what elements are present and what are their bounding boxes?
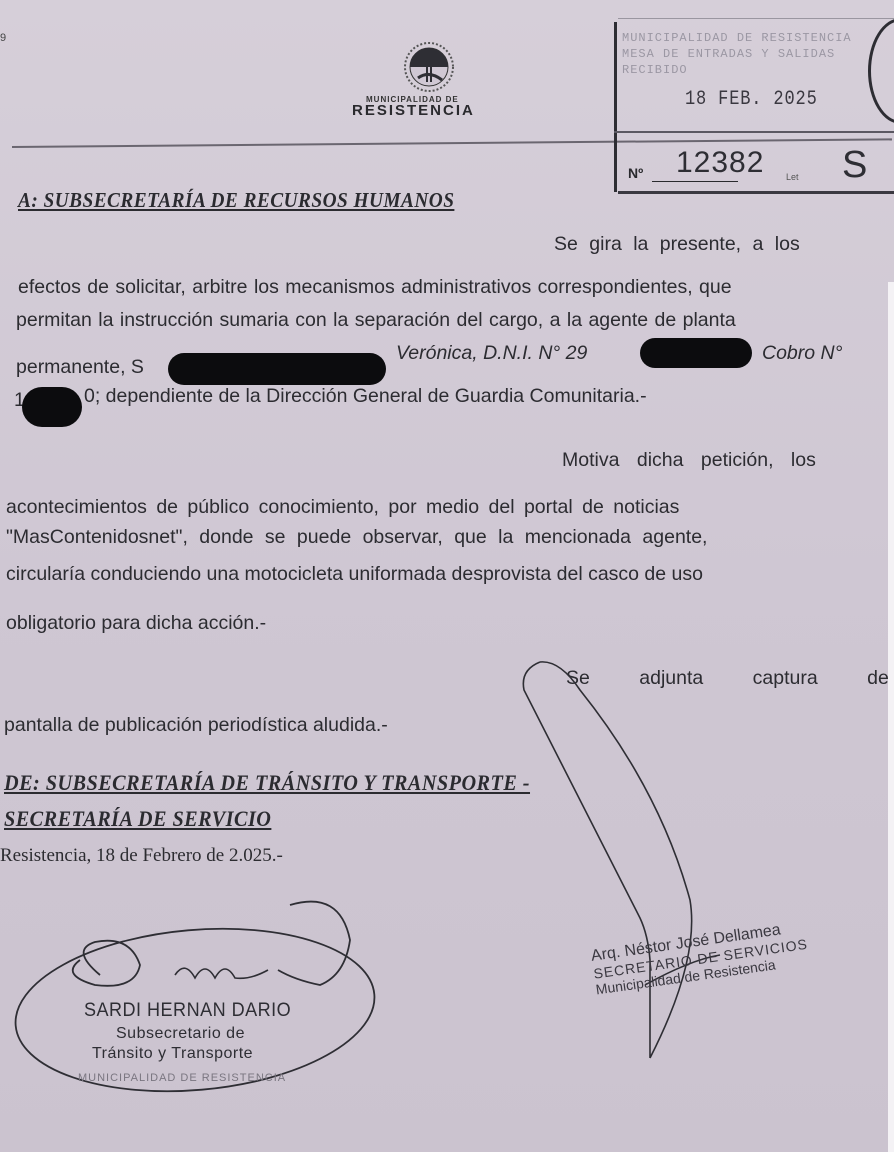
text-line: Cobro N° <box>762 342 842 365</box>
text-line: permitan la instrucción sumaria con la s… <box>16 309 736 332</box>
stamp-border-bottom <box>618 191 894 194</box>
stamp-letter-label: Let <box>786 172 799 182</box>
redaction-dni <box>640 338 752 368</box>
letterhead-municipality-name: RESISTENCIA <box>352 102 475 119</box>
sender-heading-line1: DE: SUBSECRETARÍA DE TRÁNSITO Y TRANSPOR… <box>4 770 530 796</box>
page-number: 9 <box>0 32 6 44</box>
text-line: efectos de solicitar, arbitre los mecani… <box>18 276 732 299</box>
redaction-cobro-number <box>22 387 82 427</box>
sender-heading-line2: SECRETARÍA DE SERVICIO <box>4 806 271 832</box>
stamp-number-value: 12382 <box>676 146 764 180</box>
page-edge <box>888 282 894 1152</box>
text-line: obligatorio para dicha acción.- <box>6 612 266 635</box>
stamp-faded-line: MESA DE ENTRADAS Y SALIDAS <box>622 46 872 62</box>
stamp-faded-line: RECIBIDO <box>622 62 872 78</box>
text-line: 0; dependiente de la Dirección General d… <box>84 385 647 408</box>
signer-left-title: Subsecretario de <box>116 1025 245 1043</box>
stamp-divider <box>614 131 894 133</box>
text-line: acontecimientos de público conocimiento,… <box>6 496 679 519</box>
addressee-heading: A: SUBSECRETARÍA DE RECURSOS HUMANOS <box>18 188 454 213</box>
stamp-faded-line: MUNICIPALIDAD DE RESISTENCIA <box>622 30 872 46</box>
text-line: permanente, S <box>16 356 144 379</box>
stamp-faded-text: MUNICIPALIDAD DE RESISTENCIA MESA DE ENT… <box>622 30 872 78</box>
text-line: Se adjunta captura de <box>566 667 889 690</box>
stamp-date: 18 FEB. 2025 <box>685 88 818 111</box>
redaction-surname <box>168 353 386 385</box>
place-date: Resistencia, 18 de Febrero de 2.025.- <box>0 845 283 867</box>
stamp-letter-value: S <box>842 144 867 187</box>
municipal-seal-icon <box>398 40 460 94</box>
text-line: Verónica, D.N.I. N° 29 <box>396 342 587 365</box>
text-line: Motiva dicha petición, los <box>562 449 816 472</box>
stamp-number-label: Nº <box>628 165 643 181</box>
stamp-border-top <box>618 18 894 19</box>
signer-left-org: MUNICIPALIDAD DE RESISTENCIA <box>78 1072 286 1084</box>
signer-left-title: Tránsito y Transporte <box>92 1045 253 1063</box>
text-line: pantalla de publicación periodística alu… <box>4 714 388 737</box>
stamp-border-left <box>614 22 617 192</box>
signer-right-block: Arq. Néstor José Dellamea SECRETARIO DE … <box>590 918 811 998</box>
text-line: circularía conduciendo una motocicleta u… <box>6 563 703 586</box>
text-line: "MasContenidosnet", donde se puede obser… <box>6 526 707 549</box>
stamp-number-underline <box>652 181 738 182</box>
text-line: Se gira la presente, a los <box>554 233 800 256</box>
signer-left-name: SARDI HERNAN DARIO <box>84 1000 291 1022</box>
